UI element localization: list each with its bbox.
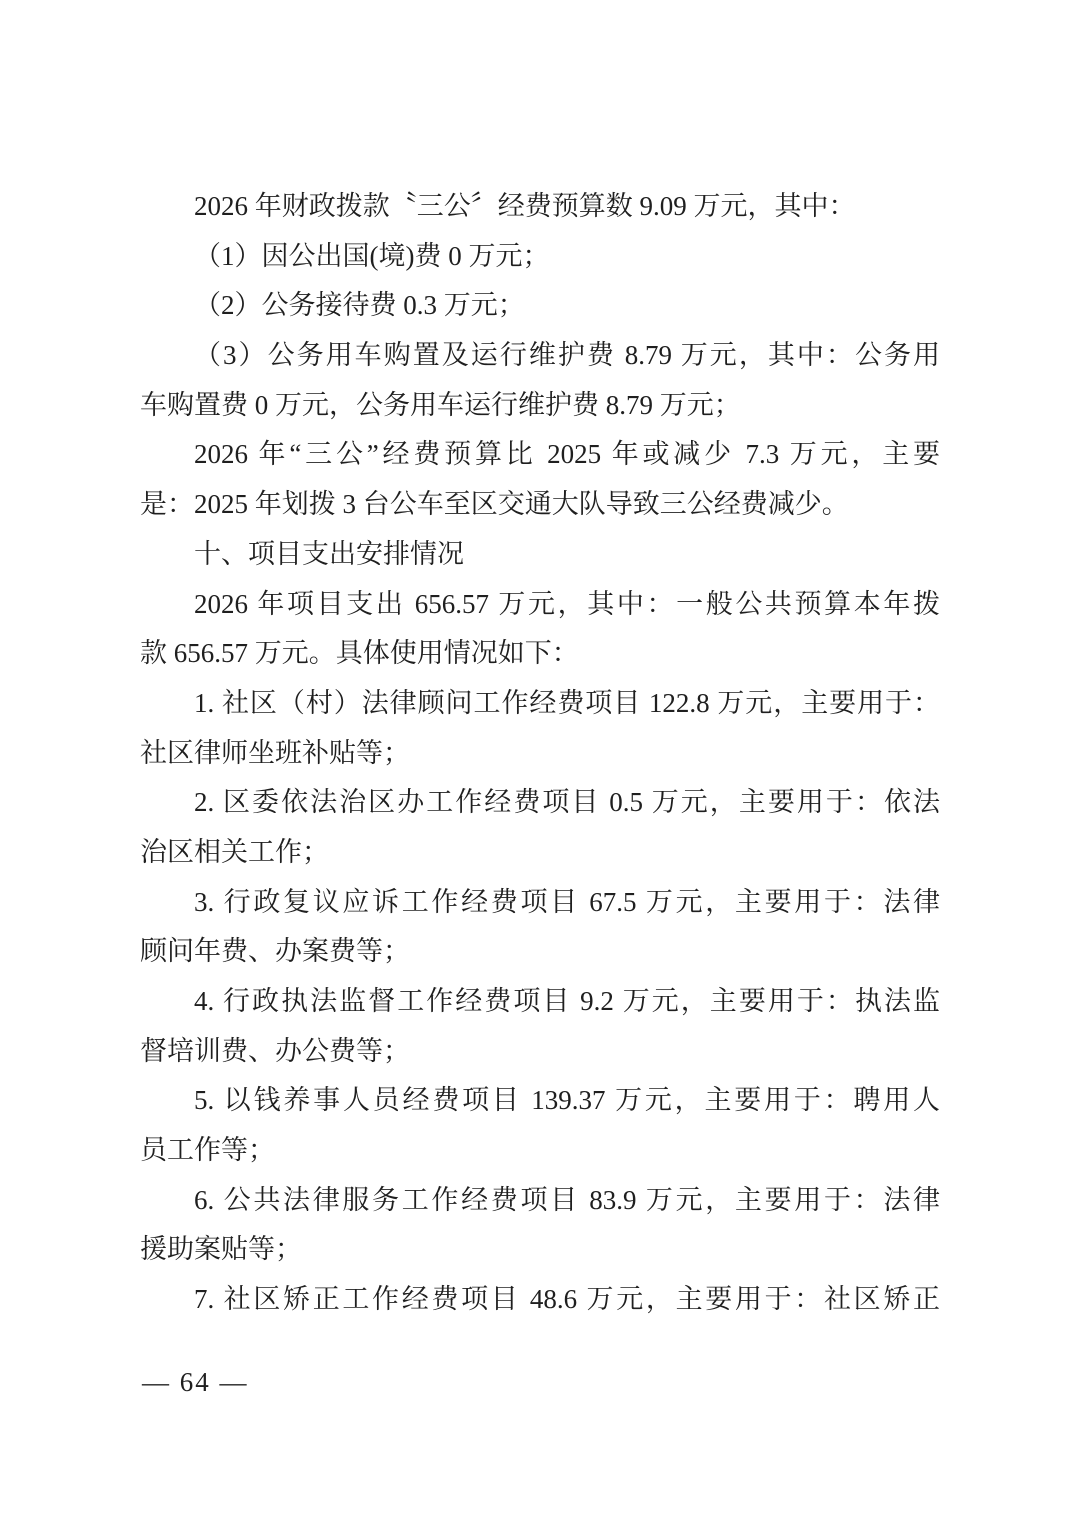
doc-line: 员工作等； [140,1126,940,1176]
doc-line: 车购置费 0 万元，公务用车运行维护费 8.79 万元； [140,381,940,431]
doc-line: 督培训费、办公费等； [140,1027,940,1077]
document-page: 2026 年财政拨款〝三公〞经费预算数 9.09 万元，其中：（1）因公出国(境… [0,0,1074,1520]
document-body: 2026 年财政拨款〝三公〞经费预算数 9.09 万元，其中：（1）因公出国(境… [140,182,940,1325]
doc-line: 2026 年“三公”经费预算比 2025 年或减少 7.3 万元，主要 [140,430,940,480]
doc-line: 1. 社区（村）法律顾问工作经费项目 122.8 万元，主要用于： [140,679,940,729]
doc-line: 7. 社区矫正工作经费项目 48.6 万元，主要用于：社区矫正 [140,1275,940,1325]
doc-line: 2. 区委依法治区办工作经费项目 0.5 万元，主要用于：依法 [140,778,940,828]
doc-line: 2026 年财政拨款〝三公〞经费预算数 9.09 万元，其中： [140,182,940,232]
doc-line: 4. 行政执法监督工作经费项目 9.2 万元，主要用于：执法监 [140,977,940,1027]
doc-line: 援助案贴等； [140,1225,940,1275]
doc-line: 是：2025 年划拨 3 台公车至区交通大队导致三公经费减少。 [140,480,940,530]
doc-line: （2）公务接待费 0.3 万元； [140,281,940,331]
doc-line: 顾问年费、办案费等； [140,927,940,977]
doc-line: 6. 公共法律服务工作经费项目 83.9 万元，主要用于：法律 [140,1176,940,1226]
doc-line: （1）因公出国(境)费 0 万元； [140,232,940,282]
doc-line: 社区律师坐班补贴等； [140,729,940,779]
doc-line: 3. 行政复议应诉工作经费项目 67.5 万元，主要用于：法律 [140,878,940,928]
doc-line: 2026 年项目支出 656.57 万元，其中：一般公共预算本年拨 [140,580,940,630]
page-footer: — 64 — [142,1362,249,1402]
doc-line: 款 656.57 万元。具体使用情况如下： [140,629,940,679]
doc-line: （3）公务用车购置及运行维护费 8.79 万元，其中：公务用 [140,331,940,381]
doc-line: 十、项目支出安排情况 [140,530,940,580]
doc-line: 5. 以钱养事人员经费项目 139.37 万元，主要用于：聘用人 [140,1076,940,1126]
doc-line: 治区相关工作； [140,828,940,878]
page-number: — 64 — [142,1367,249,1397]
